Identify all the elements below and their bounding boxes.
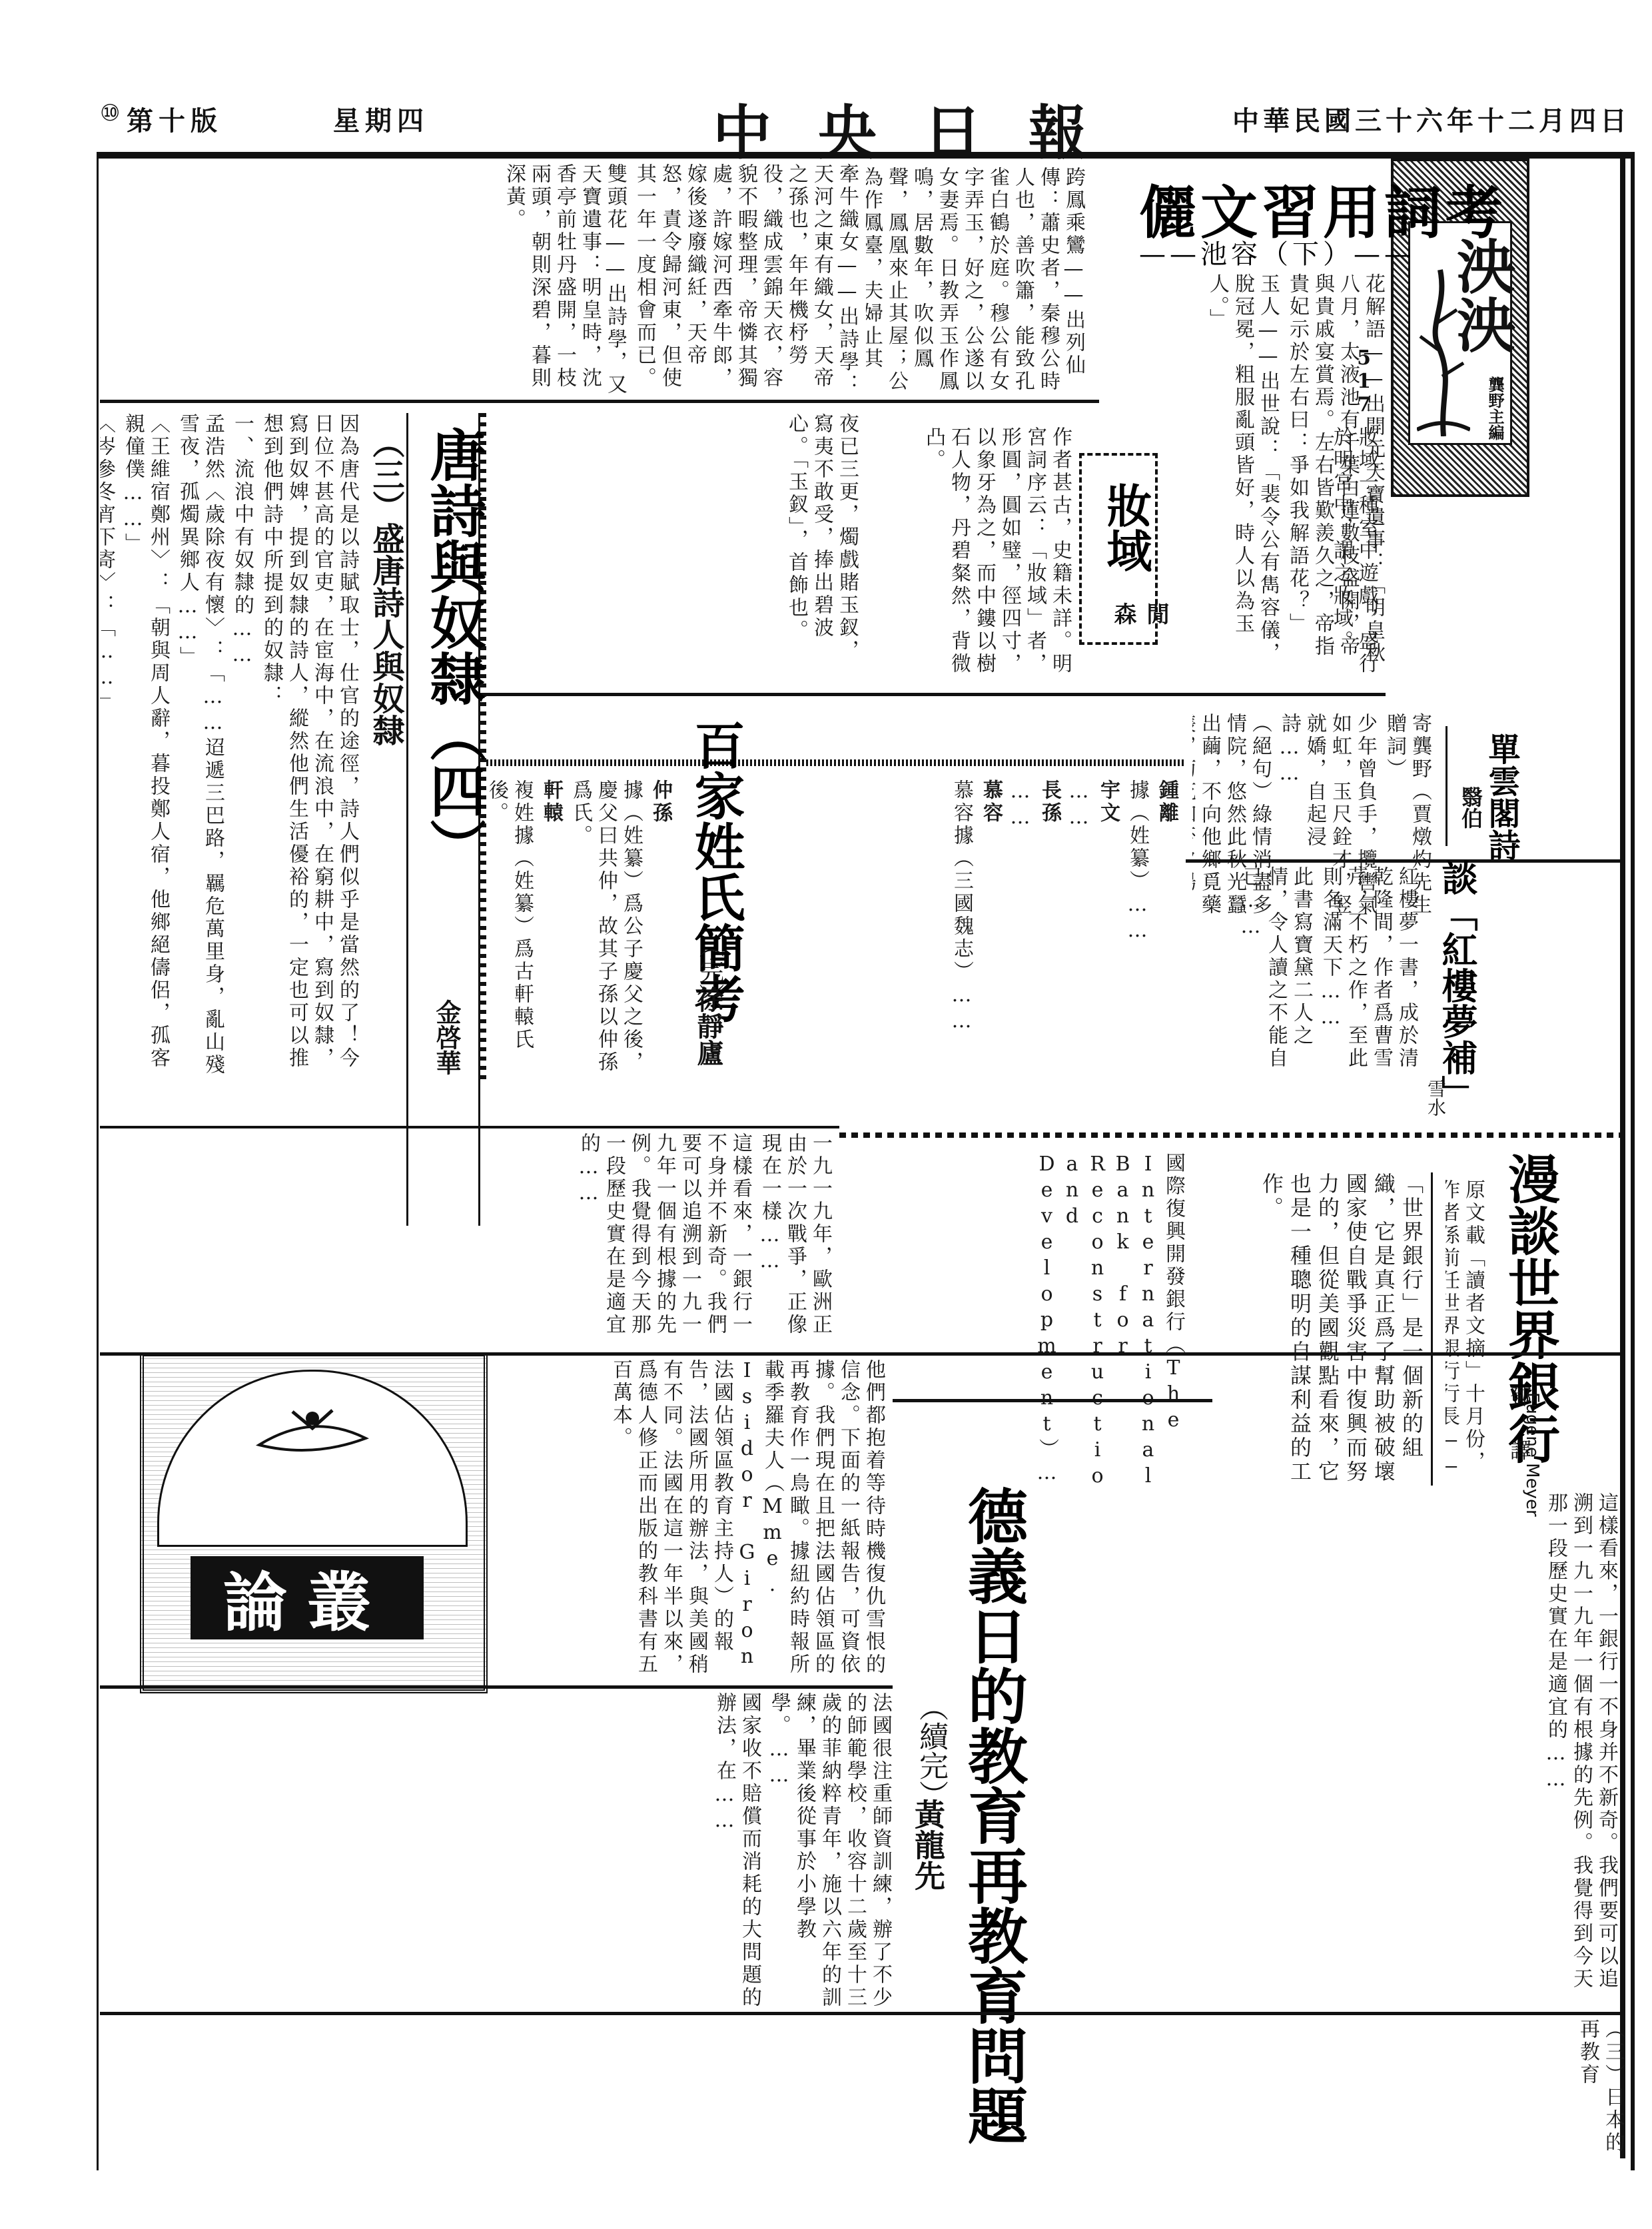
entry-name: 慕容 xyxy=(978,779,1003,1079)
entry-name: 軒轅 xyxy=(538,779,564,1079)
tangshi-title-box: 唐詩與奴隸（四） 金啓華 xyxy=(406,413,480,1226)
entry-name: 宇文 xyxy=(1095,779,1120,1079)
paragraph: 他們都抱着等待時機復仇雪恨的信念。下面的一紙報告，可資依據。我們現在且把法國佔領… xyxy=(608,1359,886,1685)
headline-hongloumeng: 談「紅樓夢補」 xyxy=(1432,859,1483,1111)
article-body-lianwen-cont2: 牽牛織女——出詩學：天河之東有織女，天帝之孫也，年年機杼勞役，織成雲錦天衣，容貌… xyxy=(100,163,859,400)
author-tangshi: 金啓華 xyxy=(428,999,465,1075)
paragraph: 跨鳳乘鸞——出列仙傳：蕭史者，秦穆公時人也，善吹簫，能致孔雀白鶴於庭。穆公有女字… xyxy=(866,167,1086,413)
page-label: 第十版 xyxy=(127,100,222,138)
entry-text: …… xyxy=(1066,779,1091,1079)
paragraph: 國際復興開發銀行（The International Bank for Reco… xyxy=(1034,1152,1186,1486)
hatched-divider xyxy=(486,759,1186,766)
article-body-zhuangyu-cont: 作者甚古，史籍未詳。明宮詞序云：「妝域」者，形圓，圓如璧，徑四寸，以象牙為之，而… xyxy=(866,426,1072,693)
article-body-worldbank: 國際復興開發銀行（The International Bank for Reco… xyxy=(846,1152,1186,1486)
divider xyxy=(100,2012,1625,2015)
paragraph: 牽牛織女——出詩學：天河之東有織女，天帝之孫也，年年機杼勞役，織成雲錦天衣，容貌… xyxy=(631,163,859,400)
article-body-lianwen-cont: 跨鳳乘鸞——出列仙傳：蕭史者，秦穆公時人也，善吹簫，能致孔雀白鶴於庭。穆公有女字… xyxy=(866,167,1086,413)
masthead: ⑩ 第十版 星期四 中央日報 中華民國三十六年十二月四日 xyxy=(100,100,1645,147)
author-hongloumeng: 雪水 xyxy=(1422,1079,1449,1116)
status-deyi: （續完） xyxy=(909,1692,952,1809)
divider xyxy=(1445,726,1447,846)
headline-tangshi: 唐詩與奴隸（四） xyxy=(414,426,494,874)
quill-scroll-icon xyxy=(252,1398,372,1478)
paragraph: 妝域一種室中遊戲，盛行於明宮中，謂之妝域。 xyxy=(1328,426,1379,693)
entry-name: 長孫 xyxy=(1036,779,1062,1079)
divider xyxy=(100,1126,839,1128)
paragraph: 作者甚古，史籍未詳。明宮詞序云：「妝域」者，形圓，圓如璧，徑四寸，以象牙為之，而… xyxy=(921,426,1072,693)
paragraph: 一九一九年，歐洲正由於一次戰爭，正像現在一樣…… xyxy=(757,1132,833,1352)
zhuangyu-title-box: 妝域 閒森 xyxy=(1079,453,1158,645)
article-body-deyi: 他們都抱着等待時機復仇雪恨的信念。下面的一紙報告，可資依據。我們現在且把法國佔領… xyxy=(486,1359,886,1685)
entry-name: 鍾離 xyxy=(1154,779,1179,1079)
article-body-baijiaxing-left: 仲孫 據（姓纂）爲公子慶父之後，慶父曰共仲，故其子孫以仲孫爲氏。 軒轅 複姓據（… xyxy=(486,779,673,1079)
entry-name: 仲孫 xyxy=(647,779,673,1079)
paragraph: 〈王維宿鄭州〉：「朝與周人辭，暮投鄭人宿，他鄉絕儔侶，孤客親僮僕……」 xyxy=(120,413,171,1079)
entry-text: …… xyxy=(1007,779,1032,1079)
paragraph: 夜已三更，燭戲賭玉釵，寫夷不敢受，捧出碧波心。「玉釵」，首飾也。 xyxy=(783,413,859,679)
page-mark: ⑩ xyxy=(100,100,120,127)
supplement-editor: 龔野主編 xyxy=(1483,376,1507,440)
lunchong-title: 論叢 xyxy=(191,1556,424,1639)
entry-text: 慕容據（三國魏志）…… xyxy=(949,779,974,1079)
divider xyxy=(893,1399,1212,1402)
divider xyxy=(1186,859,1625,863)
wavy-divider xyxy=(839,1132,1625,1138)
paragraph: 國家收不賠償而消耗的大問題的辦法，在…… xyxy=(711,1692,762,2012)
lunchong-section-emblem: 論叢 xyxy=(140,1352,488,1693)
headline-zhuangyu: 妝域 xyxy=(1094,482,1158,573)
entry-text: 據（姓纂）爲公子慶父之後，慶父曰共仲，故其子孫以仲孫爲氏。 xyxy=(568,779,643,1079)
logo-panel: 泱泱 龔野主編 xyxy=(1408,221,1512,445)
right-border xyxy=(1620,153,1625,2158)
divider xyxy=(1431,1172,1433,1486)
article-body-hongloumeng: 紅樓夢一書，成於清乾隆間，作者爲曹雪芹，不朽之作，至此則名滿天下…… 此書寫寶黛… xyxy=(1186,866,1419,1086)
divider xyxy=(100,1352,1625,1356)
paragraph: 因為唐代是以詩賦取士，仕官的途徑，詩人們似乎是當然的了！今日位不甚高的官吏，在宦… xyxy=(258,413,360,1079)
author-baijiaxing: 徐靜廬 xyxy=(689,986,727,1066)
article-body-deyi-cont: 法國很注重師資訓練，辦了不少的師範學校，收容十二歲至十三歲的菲納粹青年，施以六年… xyxy=(100,1692,893,2012)
paragraph: 「世界銀行」是一個新的組織，它是真正爲了幫助被破壞國家使自戰爭災害中復興而努力的… xyxy=(1258,1172,1426,1486)
issue-date: 中華民國三十六年十二月四日 xyxy=(1232,100,1631,138)
article-body-deyi-bottom: （三）日本的再教育 xyxy=(100,2018,1625,2172)
paragraph: 法國很注重師資訓練，辦了不少的師範學校，收容十二歲至十三歲的菲納粹青年，施以六年… xyxy=(766,1692,893,2012)
source-note-worldbank: 原文載「讀者文摘」十月份，作者係前任世界銀行行長——作者附記 xyxy=(1445,1179,1485,1486)
article-body-worldbank-lower: 這樣看來，一銀行一不身并不新奇。我們要可以追溯到一九一九年一個有根據的先例。我覺… xyxy=(1046,1492,1619,2012)
paragraph: 一、流浪中有奴隸的…… xyxy=(229,413,254,1079)
article-body-baijiaxing-right: 鍾離 據（姓纂）…… 宇文 …… 長孫 …… 慕容 慕容據（三國魏志）…… xyxy=(739,779,1179,1079)
author-danyunge: 翳伯 xyxy=(1455,786,1486,829)
article-lede-worldbank: 「世界銀行」是一個新的組織，它是真正爲了幫助被破壞國家使自戰爭災害中復興而努力的… xyxy=(1192,1172,1426,1486)
divider xyxy=(100,1685,893,1689)
paragraph: 這樣看來，一銀行一不身并不新奇。我們要可以追溯到一九一九年一個有根據的先例。我覺… xyxy=(1543,1492,1619,2012)
emblem-arch xyxy=(157,1370,468,1547)
translator-label: 譯 xyxy=(1504,1439,1535,1460)
divider xyxy=(480,693,1386,696)
paragraph: 這樣看來，一銀行一不身并不新奇。我們要可以追溯到一九一九年一個有根據的先例。我覺… xyxy=(576,1132,753,1352)
paragraph: 此書寫寶黛二人之情，令人讀之不能自已…… xyxy=(1238,866,1314,1086)
paragraph: （三）日本的再教育 xyxy=(1575,2018,1625,2172)
article-body-zhuangyu-cont2: 夜已三更，燭戲賭玉釵，寫夷不敢受，捧出碧波心。「玉釵」，首飾也。 xyxy=(480,413,859,679)
supplement-title: 泱泱 xyxy=(1450,236,1514,354)
paragraph: 紅樓夢一書，成於清乾隆間，作者爲曹雪芹，不朽之作，至此則名滿天下…… xyxy=(1318,866,1419,1086)
article-body-zhuangyu: 妝域一種室中遊戲，盛行於明宮中，謂之妝域。 xyxy=(1159,426,1379,693)
entry-text: 複姓據（姓纂）爲古軒轅氏後。 xyxy=(486,779,534,1079)
divider xyxy=(100,400,1099,403)
entry-text: 據（姓纂）…… xyxy=(1124,779,1150,1079)
paragraph: 〈岑參冬宵下寄〉：「……」 xyxy=(100,413,116,1079)
subhead-lianwen: ——池容（下）—— xyxy=(1139,233,1415,271)
author-deyi: 黃龍先 xyxy=(906,1799,950,1891)
section-heading-tangshi: （三）盛唐詩人與奴隸 xyxy=(363,426,409,746)
paragraph: 孟浩然〈歲除夜有懷〉：「……迢遞三巴路，羈危萬里身，亂山殘雪夜，孤燭異鄉人……」 xyxy=(175,413,225,1079)
article-body-worldbank-cont: 一九一九年，歐洲正由於一次戰爭，正像現在一樣…… 這樣看來，一銀行一不身并不新奇… xyxy=(100,1132,833,1352)
weekday: 星期四 xyxy=(333,100,429,138)
paragraph: 雙頭花——出詩學，又天寶遺事：明皇時，沈香亭前牡丹盛開，一枝兩頭，朝則深碧，暮則… xyxy=(501,163,627,400)
article-body-tangshi: 因為唐代是以詩賦取士，仕官的途徑，詩人們似乎是當然的了！今日位不甚高的官吏，在宦… xyxy=(100,413,360,1079)
